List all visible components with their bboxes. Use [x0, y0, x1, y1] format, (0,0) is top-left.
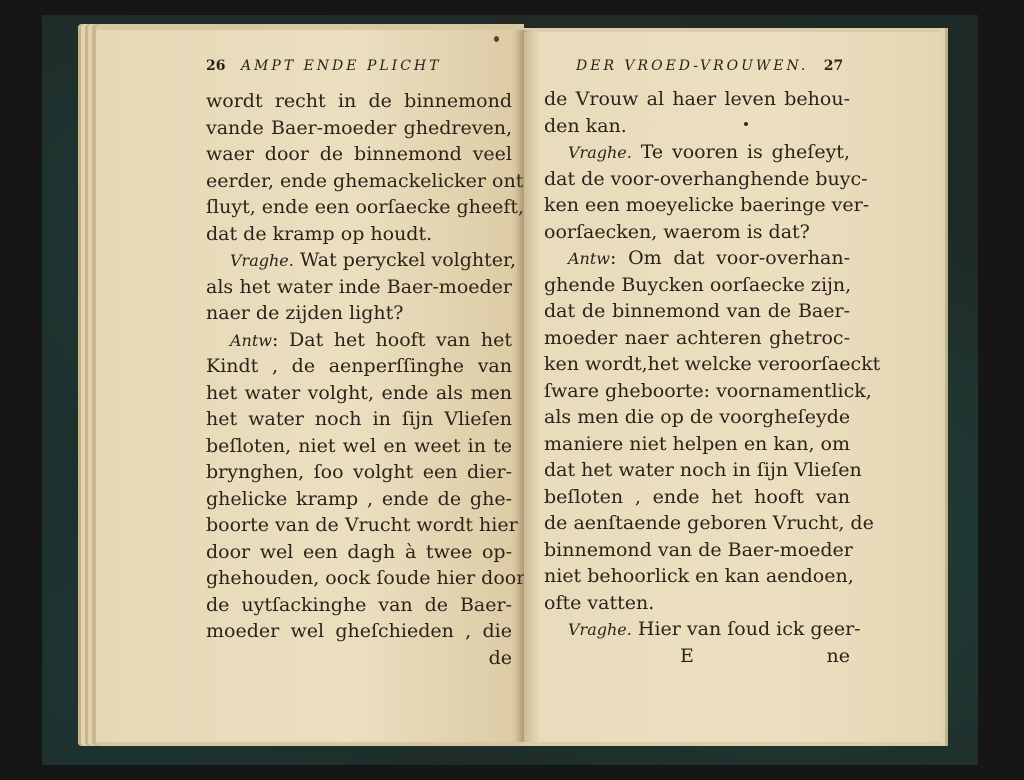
- text-line: als het water inde Baer-moeder: [206, 274, 512, 301]
- text-line: moeder wel gheſchieden , die: [206, 618, 512, 645]
- text-line: eerder, ende ghemackelicker ont-: [206, 168, 512, 195]
- text-line: ſware gheboorte: voornamentlick,: [544, 378, 850, 405]
- running-head-title: AMPT ENDE PLICHT: [241, 58, 442, 74]
- text-line: wordt recht in de binnemond: [206, 88, 512, 115]
- answer-label: Antw: [568, 249, 610, 268]
- text-line: de Vrouw al haer leven behou-: [544, 86, 850, 113]
- signature-mark: E: [680, 643, 694, 670]
- running-head: DER VROED-VROUWEN. 27: [576, 58, 843, 74]
- right-text-block: de Vrouw al haer leven behou- den kan. V…: [544, 86, 850, 669]
- answer-line: Antw: Om dat voor-overhan-: [544, 245, 850, 272]
- text-line: naer de zijden light?: [206, 300, 512, 327]
- answer-label: Antw: [230, 331, 272, 350]
- text-line: maniere niet helpen en kan, om: [544, 431, 850, 458]
- question-text: Hier van ſoud ick geer-: [638, 618, 861, 640]
- text-line: de uytſackinghe van de Baer-: [206, 592, 512, 619]
- text-line: Kindt , de aenperſſinghe van: [206, 353, 512, 380]
- text-line: dat het water noch in ſijn Vlieſen: [544, 457, 850, 484]
- left-page: 26 AMPT ENDE PLICHT wordt recht in de bi…: [96, 30, 524, 742]
- ink-stain: [494, 36, 499, 42]
- question-line: Vraghe. Hier van ſoud ick geer-: [544, 616, 850, 643]
- text-line: vande Baer-moeder ghedreven,: [206, 115, 512, 142]
- answer-text: : Dat het hooft van het: [272, 329, 512, 351]
- text-line: door wel een dagh à twee op-: [206, 539, 512, 566]
- text-line: de aenſtaende geboren Vrucht, de: [544, 510, 850, 537]
- answer-line: Antw: Dat het hooft van het: [206, 327, 512, 354]
- text-line: als men die op de voorgheſeyde: [544, 404, 850, 431]
- text-line: beſloten , ende het hooft van: [544, 484, 850, 511]
- running-head-title: DER VROED-VROUWEN.: [576, 58, 808, 74]
- running-head: 26 AMPT ENDE PLICHT: [206, 58, 441, 74]
- text-line: dat de voor-overhanghende buyc-: [544, 166, 850, 193]
- text-line: waer door de binnemond veel: [206, 141, 512, 168]
- text-line: beſloten, niet wel en weet in te: [206, 433, 512, 460]
- text-line: brynghen, ſoo volght een dier-: [206, 459, 512, 486]
- text-line: dat de binnemond van de Baer-: [544, 298, 850, 325]
- question-label: Vraghe.: [568, 620, 632, 639]
- catchword: de: [206, 645, 512, 672]
- question-text: Wat peryckel volghter,: [300, 249, 516, 271]
- answer-text: : Om dat voor-overhan-: [610, 247, 850, 269]
- right-page: DER VROED-VROUWEN. 27 de Vrouw al haer l…: [524, 32, 942, 742]
- text-line: het water noch in ſijn Vlieſen: [206, 406, 512, 433]
- footer-line: E ne: [544, 643, 850, 670]
- question-label: Vraghe.: [568, 143, 632, 162]
- text-line: binnemond van de Baer-moeder: [544, 537, 850, 564]
- text-line: ghelicke kramp , ende de ghe-: [206, 486, 512, 513]
- text-line: het water volght, ende als men: [206, 380, 512, 407]
- text-line: ken een moeyelicke baeringe ver-: [544, 192, 850, 219]
- text-line: ken wordt,het welcke veroorſaeckt: [544, 351, 850, 378]
- catchword: ne: [827, 643, 850, 670]
- page-number: 27: [824, 58, 843, 74]
- text-line: boorte van de Vrucht wordt hier: [206, 512, 512, 539]
- page-number: 26: [206, 58, 225, 74]
- question-line: Vraghe. Wat peryckel volghter,: [206, 247, 512, 274]
- text-line: oorſaecken, waerom is dat?: [544, 219, 850, 246]
- text-line: ofte vatten.: [544, 590, 850, 617]
- text-line: den kan.: [544, 113, 850, 140]
- text-line: dat de kramp op houdt.: [206, 221, 512, 248]
- text-line: niet behoorlick en kan aendoen,: [544, 563, 850, 590]
- text-line: ghende Buycken oorſaecke zijn,: [544, 272, 850, 299]
- text-line: ſluyt, ende een oorſaecke gheeft,: [206, 194, 512, 221]
- question-label: Vraghe.: [230, 251, 294, 270]
- question-line: Vraghe. Te vooren is gheſeyt,: [544, 139, 850, 166]
- left-text-block: wordt recht in de binnemond vande Baer-m…: [206, 88, 512, 671]
- text-line: ghehouden, oock ſoude hier door: [206, 565, 512, 592]
- question-text: Te vooren is gheſeyt,: [641, 141, 850, 163]
- text-line: moeder naer achteren ghetroc-: [544, 325, 850, 352]
